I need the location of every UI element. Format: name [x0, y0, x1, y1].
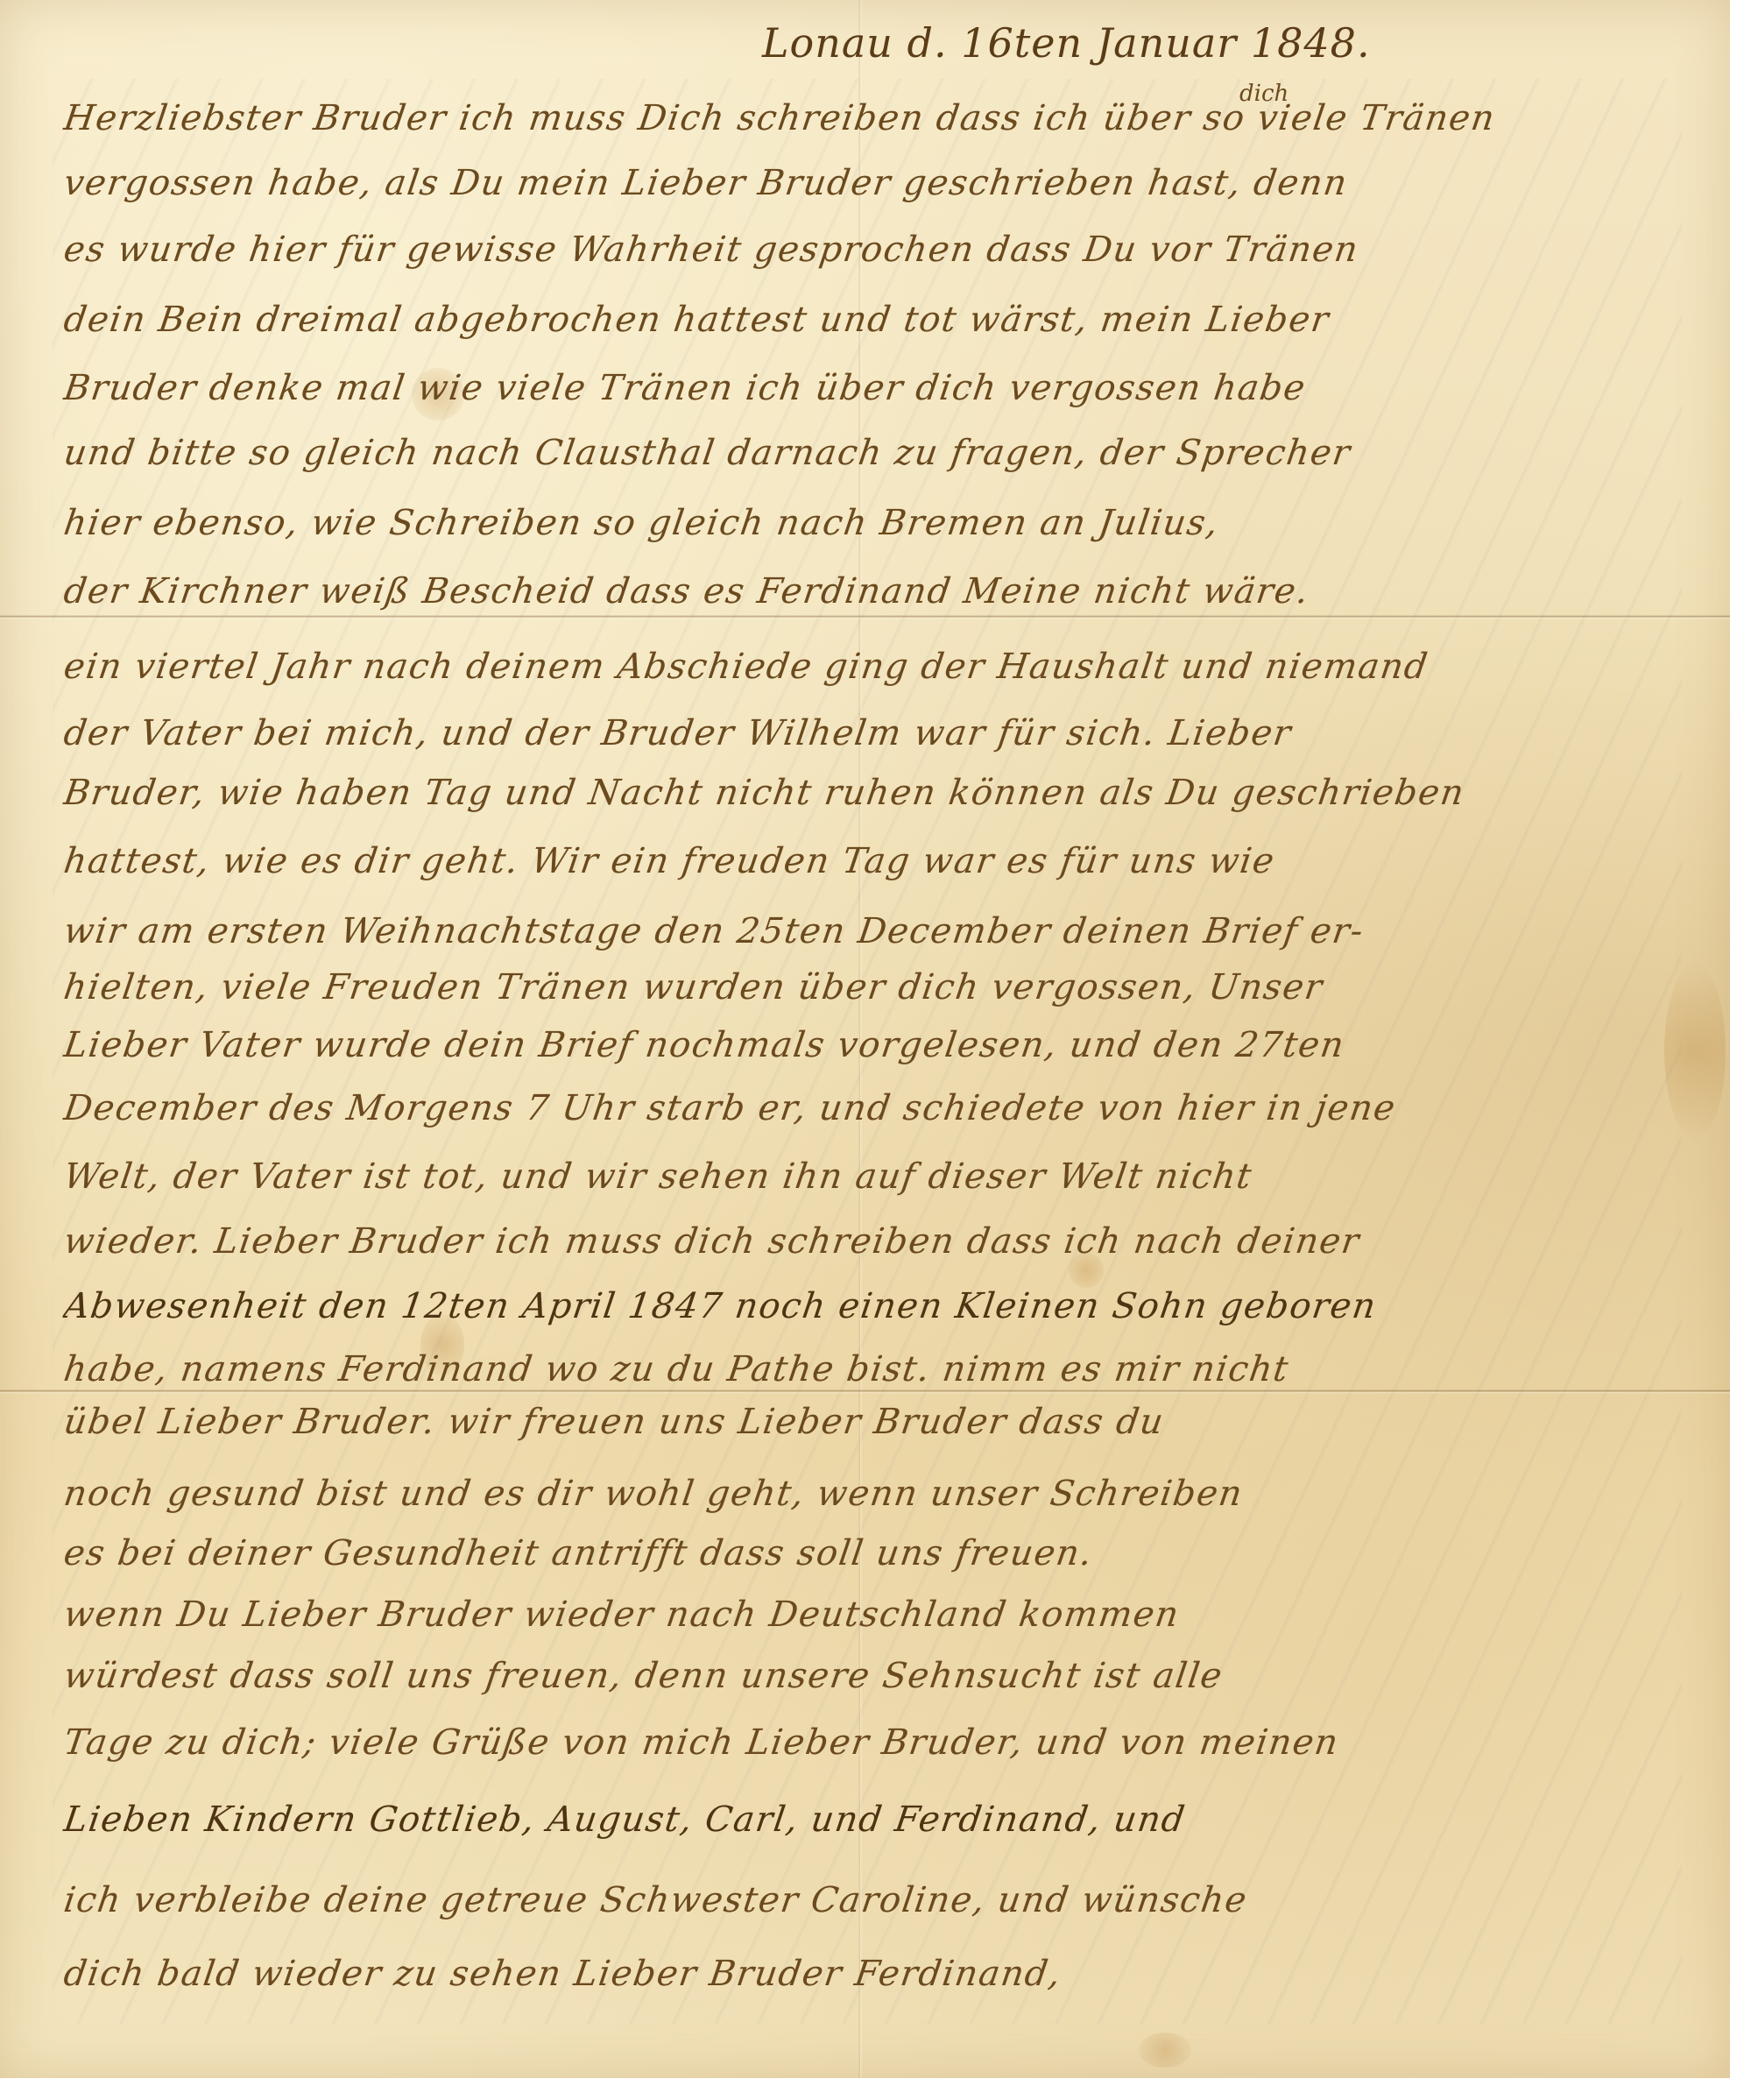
letter-dateline: Lonau d. 16ten Januar 1848.	[762, 19, 1371, 67]
letter-line: Tage zu dich; viele Grüße von mich Liebe…	[61, 1722, 1696, 1763]
letter-line: habe, namens Ferdinand wo zu du Pathe bi…	[61, 1349, 1696, 1389]
letter-line: würdest dass soll uns freuen, denn unser…	[61, 1656, 1696, 1696]
letter-line: hier ebenso, wie Schreiben so gleich nac…	[61, 503, 1696, 543]
letter-body: Lonau d. 16ten Januar 1848. dich Herzlie…	[0, 0, 1730, 2078]
letter-line: December des Morgens 7 Uhr starb er, und…	[61, 1088, 1696, 1128]
letter-line: Abwesenheit den 12ten April 1847 noch ei…	[61, 1286, 1696, 1326]
letter-line: es wurde hier für gewisse Wahrheit gespr…	[61, 230, 1696, 270]
letter-line: der Vater bei mich, und der Bruder Wilhe…	[61, 713, 1696, 753]
letter-line: Bruder denke mal wie viele Tränen ich üb…	[61, 368, 1696, 408]
letter-line: wir am ersten Weihnachtstage den 25ten D…	[61, 911, 1696, 951]
letter-line: noch gesund bist und es dir wohl geht, w…	[61, 1474, 1696, 1514]
letter-line: ein viertel Jahr nach deinem Abschiede g…	[61, 647, 1696, 687]
letter-line: der Kirchner weiß Bescheid dass es Ferdi…	[61, 571, 1696, 612]
letter-line: dich bald wieder zu sehen Lieber Bruder …	[61, 1954, 1696, 1994]
letter-line: Lieber Vater wurde dein Brief nochmals v…	[61, 1025, 1696, 1065]
letter-line: Welt, der Vater ist tot, und wir sehen i…	[61, 1156, 1696, 1197]
letter-line: wenn Du Lieber Bruder wieder nach Deutsc…	[61, 1594, 1696, 1635]
letter-line: Herzliebster Bruder ich muss Dich schrei…	[61, 98, 1696, 138]
letter-line: dein Bein dreimal abgebrochen hattest un…	[61, 300, 1696, 340]
letter-line: hielten, viele Freuden Tränen wurden übe…	[61, 967, 1696, 1008]
letter-line: Bruder, wie haben Tag und Nacht nicht ru…	[61, 773, 1696, 813]
letter-line: und bitte so gleich nach Clausthal darna…	[61, 433, 1696, 473]
letter-line: übel Lieber Bruder. wir freuen uns Liebe…	[61, 1402, 1696, 1442]
letter-line: Lieben Kindern Gottlieb, August, Carl, u…	[61, 1799, 1696, 1840]
letter-line: es bei deiner Gesundheit antrifft dass s…	[61, 1533, 1696, 1573]
letter-line: hattest, wie es dir geht. Wir ein freude…	[61, 841, 1696, 881]
letter-line: ich verbleibe deine getreue Schwester Ca…	[61, 1880, 1696, 1920]
letter-line: wieder. Lieber Bruder ich muss dich schr…	[61, 1221, 1696, 1262]
letter-line: vergossen habe, als Du mein Lieber Brude…	[61, 163, 1696, 203]
